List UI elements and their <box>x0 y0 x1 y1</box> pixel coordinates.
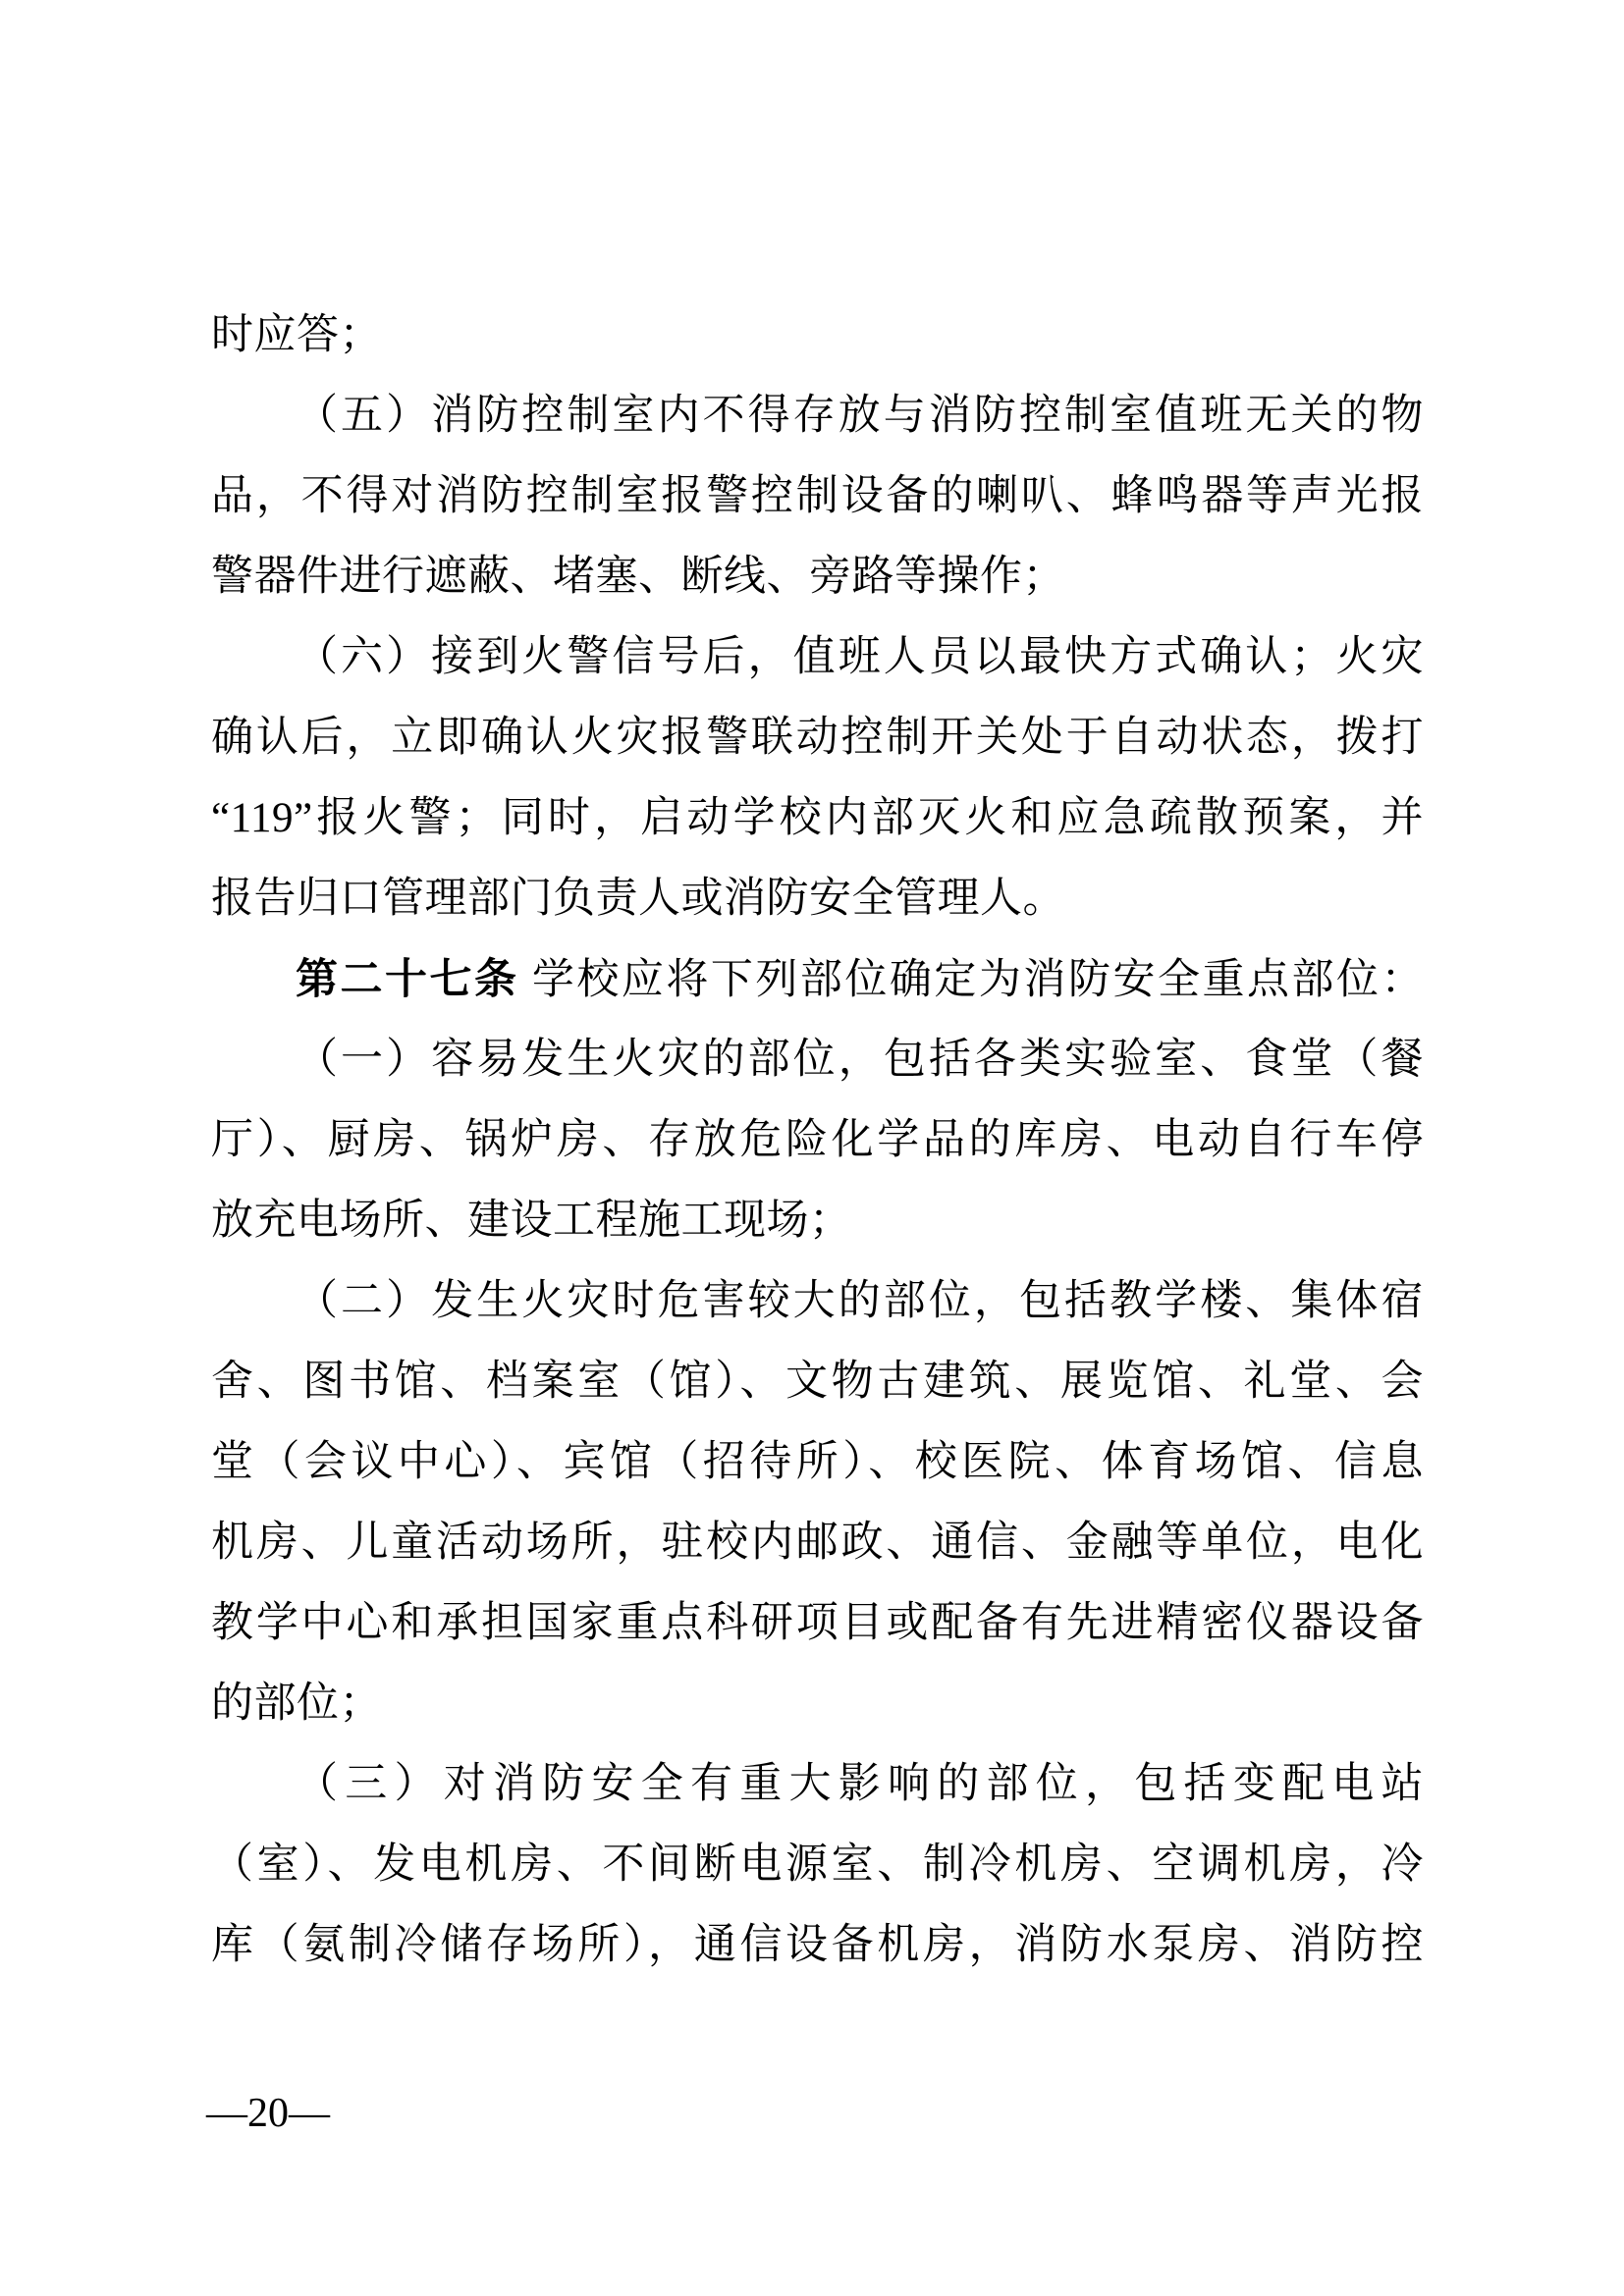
text-line: 警器件进行遮蔽、堵塞、断线、旁路等操作； <box>211 537 1424 617</box>
text-line: 第二十七条 学校应将下列部位确定为消防安全重点部位： <box>211 939 1424 1020</box>
line-text: 舍、图书馆、档案室（馆）、文物古建筑、展览馆、礼堂、会 <box>211 1359 1424 1405</box>
text-line: （三）对消防安全有重大影响的部位，包括变配电站 <box>211 1744 1424 1825</box>
text-line: （室）、发电机房、不间断电源室、制冷机房、空调机房，冷 <box>211 1825 1424 1905</box>
text-line: （二）发生火灾时危害较大的部位，包括教学楼、集体宿 <box>211 1261 1424 1342</box>
text-line: 的部位； <box>211 1664 1424 1744</box>
page-number: —20— <box>206 2091 330 2136</box>
document-body: 时应答；（五）消防控制室内不得存放与消防控制室值班无关的物品，不得对消防控制室报… <box>211 295 1424 1986</box>
line-text: 教学中心和承担国家重点科研项目或配备有先进精密仪器设备 <box>211 1600 1424 1646</box>
line-text: 的部位； <box>211 1681 382 1727</box>
text-line: 机房、儿童活动场所，驻校内邮政、通信、金融等单位，电化 <box>211 1503 1424 1583</box>
line-text: 机房、儿童活动场所，驻校内邮政、通信、金融等单位，电化 <box>211 1520 1424 1566</box>
text-line: 教学中心和承担国家重点科研项目或配备有先进精密仪器设备 <box>211 1583 1424 1664</box>
line-text: 时应答； <box>211 312 382 358</box>
text-line: 时应答； <box>211 295 1424 376</box>
text-line: （六）接到火警信号后，值班人员以最快方式确认；火灾 <box>211 617 1424 698</box>
text-line: （五）消防控制室内不得存放与消防控制室值班无关的物 <box>211 376 1424 456</box>
line-text: 确认后，立即确认火灾报警联动控制开关处于自动状态，拨打 <box>211 715 1424 761</box>
text-line: 品，不得对消防控制室报警控制设备的喇叭、蜂鸣器等声光报 <box>211 456 1424 537</box>
line-text: “119”报火警；同时，启动学校内部灭火和应急疏散预案，并 <box>211 795 1424 841</box>
text-line: 库（氨制冷储存场所），通信设备机房，消防水泵房、消防控 <box>211 1905 1424 1986</box>
article-number: 第二十七条 <box>296 956 519 1003</box>
page-footer: —20— <box>206 2091 330 2136</box>
document-page: 时应答；（五）消防控制室内不得存放与消防控制室值班无关的物品，不得对消防控制室报… <box>0 0 1624 2296</box>
text-line: （一）容易发生火灾的部位，包括各类实验室、食堂（餐 <box>211 1020 1424 1100</box>
line-text: （三）对消防安全有重大影响的部位，包括变配电站 <box>296 1761 1424 1807</box>
line-text: 学校应将下列部位确定为消防安全重点部位： <box>519 957 1424 1003</box>
line-text: 厅）、厨房、锅炉房、存放危险化学品的库房、电动自行车停 <box>211 1117 1424 1163</box>
line-text: （五）消防控制室内不得存放与消防控制室值班无关的物 <box>296 393 1424 439</box>
line-text: （一）容易发生火灾的部位，包括各类实验室、食堂（餐 <box>296 1037 1424 1083</box>
line-text: 库（氨制冷储存场所），通信设备机房，消防水泵房、消防控 <box>211 1922 1424 1968</box>
line-text: 报告归口管理部门负责人或消防安全管理人。 <box>211 876 1065 922</box>
line-text: （六）接到火警信号后，值班人员以最快方式确认；火灾 <box>296 634 1424 680</box>
line-text: （室）、发电机房、不间断电源室、制冷机房、空调机房，冷 <box>211 1842 1424 1888</box>
line-text: 堂（会议中心）、宾馆（招待所）、校医院、体育场馆、信息 <box>211 1439 1424 1485</box>
text-line: 报告归口管理部门负责人或消防安全管理人。 <box>211 859 1424 939</box>
text-line: 确认后，立即确认火灾报警联动控制开关处于自动状态，拨打 <box>211 698 1424 778</box>
line-text: 品，不得对消防控制室报警控制设备的喇叭、蜂鸣器等声光报 <box>211 473 1424 519</box>
line-text: （二）发生火灾时危害较大的部位，包括教学楼、集体宿 <box>296 1278 1424 1324</box>
text-line: “119”报火警；同时，启动学校内部灭火和应急疏散预案，并 <box>211 778 1424 859</box>
text-line: 厅）、厨房、锅炉房、存放危险化学品的库房、电动自行车停 <box>211 1100 1424 1181</box>
text-line: 堂（会议中心）、宾馆（招待所）、校医院、体育场馆、信息 <box>211 1422 1424 1503</box>
text-line: 舍、图书馆、档案室（馆）、文物古建筑、展览馆、礼堂、会 <box>211 1342 1424 1422</box>
line-text: 警器件进行遮蔽、堵塞、断线、旁路等操作； <box>211 554 1065 600</box>
text-line: 放充电场所、建设工程施工现场； <box>211 1181 1424 1261</box>
line-text: 放充电场所、建设工程施工现场； <box>211 1198 852 1244</box>
